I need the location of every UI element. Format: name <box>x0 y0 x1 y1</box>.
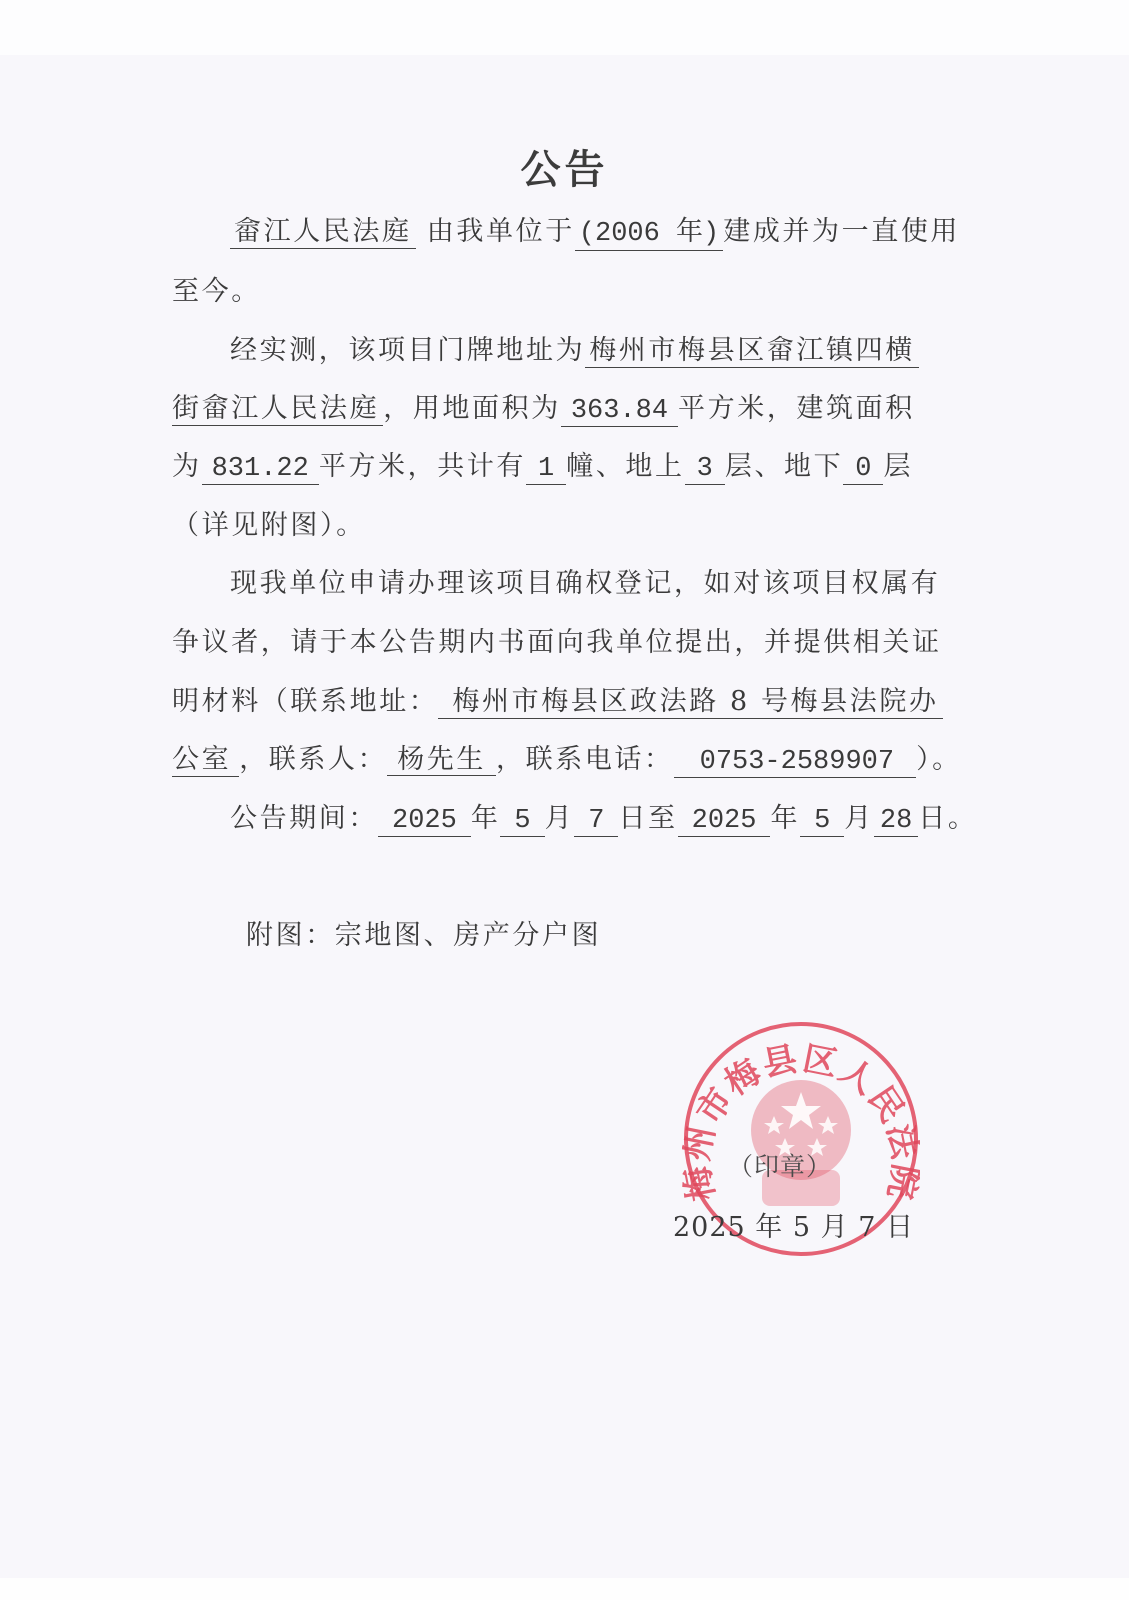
paragraph-3-line-3: 明材料（联系地址：梅州市梅县区政法路 8 号梅县法院办 <box>172 684 962 720</box>
text: ，用地面积为 <box>383 393 561 424</box>
seal-note: （印章） <box>728 1147 832 1183</box>
text: 年 <box>471 803 501 834</box>
label: 公告期间： <box>230 803 378 834</box>
text: 平方米，建筑面积 <box>678 393 915 424</box>
buildings-count: 1 <box>526 454 566 485</box>
paragraph-2-line-2: 街畲江人民法庭，用地面积为363.84平方米，建筑面积 <box>172 391 962 427</box>
text: 平方米，共计有 <box>319 451 526 482</box>
paragraph-3-line-1: 现我单位申请办理该项目确权登记，如对该项目权属有 <box>172 566 1020 602</box>
text: 经实测，该项目门牌地址为 <box>230 335 585 366</box>
start-day: 7 <box>574 806 618 837</box>
contact-address-line-2: 公室 <box>172 745 239 777</box>
end-day: 28 <box>874 806 918 837</box>
paragraph-2-line-3: 为831.22平方米，共计有1幢、地上3层、地下0层 <box>172 449 962 485</box>
paragraph-2-line-1: 经实测，该项目门牌地址为梅州市梅县区畲江镇四横 <box>172 333 1020 369</box>
year-built: (2006 年) <box>575 219 723 251</box>
contact-phone: 0753-2589907 <box>674 747 916 778</box>
start-year: 2025 <box>378 806 471 837</box>
text: 日至 <box>618 803 677 834</box>
contact-person: 杨先生 <box>387 745 496 776</box>
text: 月 <box>844 803 874 834</box>
paragraph-3-line-4: 公室，联系人：杨先生，联系电话：0753-2589907）。 <box>172 742 962 778</box>
signature-date: 2025 年 5 月 7 日 <box>673 1205 914 1244</box>
text: 年 <box>770 803 800 834</box>
contact-address-line-1: 梅州市梅县区政法路 8 号梅县法院办 <box>438 687 942 719</box>
paragraph-1-line-1: 畲江人民法庭 由我单位于(2006 年)建成并为一直使用 <box>172 214 1020 251</box>
floors-below: 0 <box>843 454 883 485</box>
paragraph-3-line-2: 争议者，请于本公告期内书面向我单位提出，并提供相关证 <box>172 625 962 661</box>
paragraph-2-line-4: （详见附图）。 <box>172 508 962 544</box>
floors-above: 3 <box>685 454 725 485</box>
building-name: 畲江人民法庭 <box>230 217 416 249</box>
text: 明材料（联系地址： <box>172 686 438 717</box>
notice-period: 公告期间：2025年5月7日至2025年5月28日。 <box>172 801 1020 837</box>
building-area: 831.22 <box>202 454 319 485</box>
text: 日。 <box>918 803 977 834</box>
scan-bottom-margin <box>0 1578 1129 1600</box>
text: 建成并为一直使用 <box>723 216 960 247</box>
text: ，联系电话： <box>496 744 674 775</box>
text: 层、地下 <box>725 451 843 482</box>
address-line-2: 街畲江人民法庭 <box>172 394 383 426</box>
text: 层 <box>883 451 913 482</box>
address-line-1: 梅州市梅县区畲江镇四横 <box>585 336 919 368</box>
end-year: 2025 <box>678 806 771 837</box>
text: ）。 <box>916 744 962 775</box>
document-title: 公告 <box>0 138 1129 195</box>
start-month: 5 <box>500 806 544 837</box>
text: 月 <box>545 803 575 834</box>
scan-top-margin <box>0 0 1129 55</box>
end-month: 5 <box>800 806 844 837</box>
text: 幢、地上 <box>566 451 684 482</box>
land-area: 363.84 <box>561 396 678 427</box>
text: 为 <box>172 451 202 482</box>
text: 由我单位于 <box>427 216 575 247</box>
paragraph-1-line-2: 至今。 <box>172 274 962 310</box>
text: ，联系人： <box>239 744 387 775</box>
attachments-list: 附图：宗地图、房产分户图 <box>246 918 1036 954</box>
